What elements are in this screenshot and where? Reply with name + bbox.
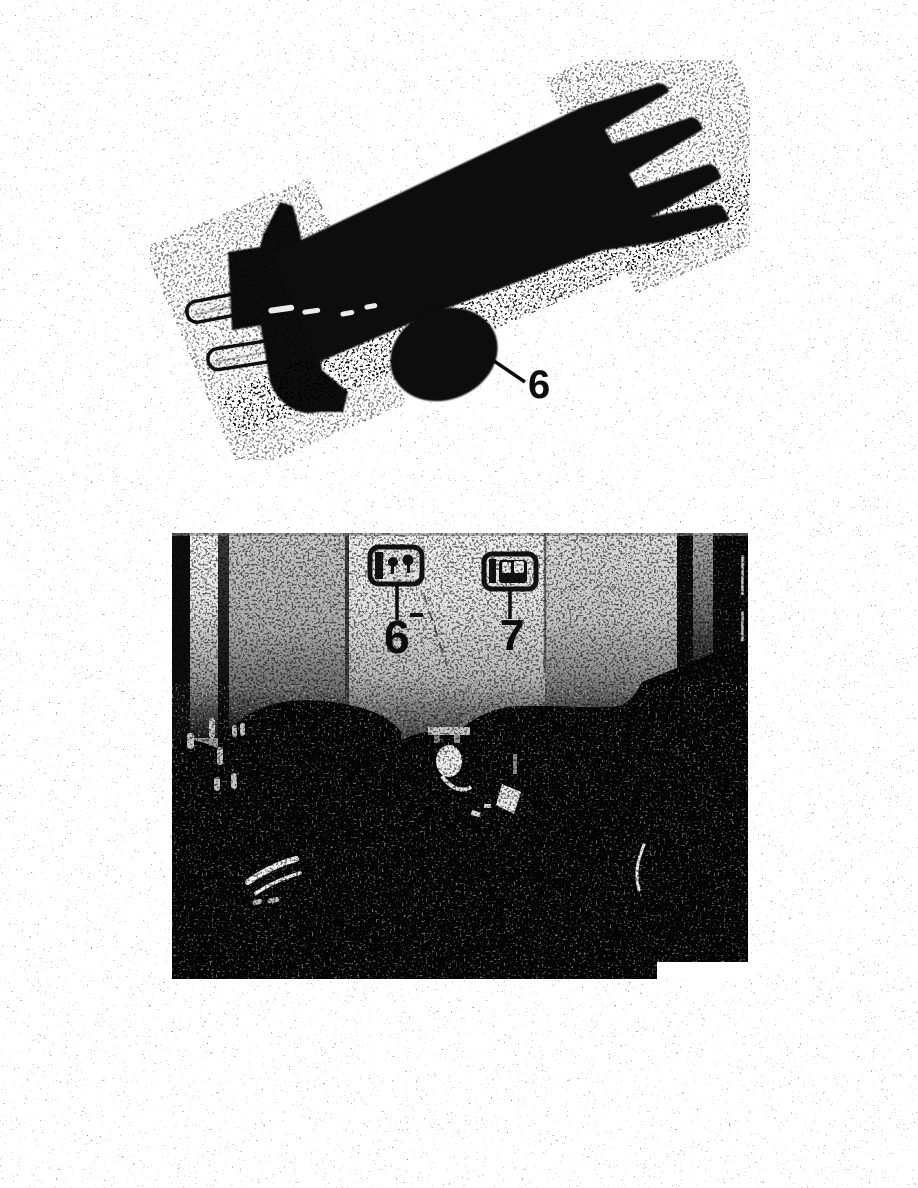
interior-photo: 6 7 [172, 533, 748, 979]
callout-label-6: 6 [528, 363, 550, 407]
component-photo-figure: 6 [150, 60, 750, 460]
component-photo: 6 [150, 60, 750, 460]
photo-corner-notch [657, 962, 748, 979]
interior-photo-figure: 6 7 [172, 533, 748, 979]
manual-page: 6 [0, 0, 918, 1188]
component-body [166, 60, 750, 460]
